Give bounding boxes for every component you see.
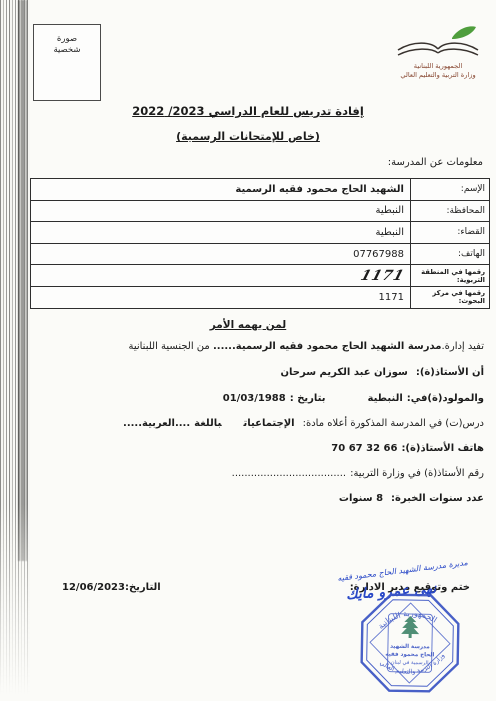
row-label: رقمها في المنطقة التربوية: [410,265,489,286]
date-label: التاريخ: [125,582,161,593]
row-value: الشهيد الحاج محمود فقيه الرسمية [31,184,410,195]
subject-name: الإجتماعيات [244,418,295,429]
table-row: المحافظة: النبطية [31,201,489,223]
nationality-text: من الجنسية اللبنانية [128,341,209,352]
handwritten-number: 1171 [359,268,407,284]
table-row: الإسم: الشهيد الحاج محمود فقيه الرسمية [31,179,489,201]
table-row: الهاتف: 07767988 [31,244,489,266]
photo-placeholder-box: صورةشخصية [33,24,101,101]
date-line: التاريخ:12/06/2023 [62,582,161,593]
stamp-inner-line1: مدرسة الشهيد [390,644,430,651]
row-value: 07767988 [31,249,410,260]
scanned-document-page: صورةشخصية الجمهورية اللبنانية وزارة التر… [0,0,496,701]
photo-box-label: صورةشخصية [34,25,100,56]
document-subtitle: (خاص للإمتحانات الرسمية) [0,130,496,143]
row-value: 1171 [31,292,410,303]
photo-box-label-line1: صورة [57,34,77,44]
stamp-inner-line3: الرسمية في لبنان [391,660,429,667]
body-line-certify: تفيد إدارة.مدرسة الشهيد الحاج محمود فقيه… [128,341,484,352]
school-info-heading: معلومات عن المدرسة: [388,157,483,168]
table-row: رقمها في المنطقة التربوية: 1171 [31,265,489,287]
date-label: بتاريخ : [290,393,326,404]
body-line-phone: هاتف الأستاذ(ة):66 32 67 70 [331,443,484,454]
certify-prefix: تفيد إدارة. [441,341,484,352]
dots: ...... [213,341,236,352]
school-name-text: مدرسة الشهيد الحاج محمود فقيه الرسمية [236,341,442,352]
row-value: 1171 [31,268,410,284]
stamp-inner-line2: الحاج محمود فقيه [385,652,434,659]
ministry-number-label: رقم الأستاذ(ة) في وزارة التربية: [350,468,484,479]
leaf-icon [452,26,476,39]
teacher-label: أن الأستاذ(ة): [416,367,484,378]
birth-date: 01/03/1988 [223,393,286,404]
row-label: القضاء: [410,222,489,243]
ministry-name-line1: الجمهورية اللبنانية [390,62,486,71]
to-whom-it-may-concern-heading: لمن يهمه الأمر [0,319,496,331]
cedar-icon [401,616,419,638]
open-book-leaf-icon [392,26,484,62]
ministry-logo: الجمهورية اللبنانية وزارة التربية والتعل… [390,26,486,79]
row-label: المحافظة: [410,201,489,222]
row-label: رقمها في مركز البحوث: [410,287,489,308]
body-line-birth: والمولود(ة)في:النبطيةبتاريخ :01/03/1988 [223,393,484,404]
table-row: القضاء: النبطية [31,222,489,244]
body-line-teacher: أن الأستاذ(ة):سوزان عبد الكريم سرحان [281,367,485,378]
taught-label: درس(ت) في المدرسة المذكورة أعلاه مادة: [303,418,484,429]
row-label: الهاتف: [410,244,489,265]
experience-label: عدد سنوات الخبرة: [391,493,484,504]
birth-place: النبطية [368,393,403,404]
row-value: النبطية [31,227,410,238]
teacher-phone-label: هاتف الأستاذ(ة): [401,443,484,454]
row-label: الإسم: [410,179,489,200]
teacher-phone-value: 66 32 67 70 [331,443,397,454]
body-line-subject: درس(ت) في المدرسة المذكورة أعلاه مادة:ال… [123,418,484,429]
table-row: رقمها في مركز البحوث: 1171 [31,287,489,308]
signature-note: مديرة مدرسة الشهيد الحاج محمود فقيه [337,558,468,583]
language-label: باللغة [194,418,221,429]
ministry-name-line2: وزارة التربية والتعليم العالي [390,71,486,80]
born-in-label: والمولود(ة)في: [407,393,484,404]
row-value: النبطية [31,205,410,216]
experience-value: 8 سنوات [339,493,383,504]
teacher-name: سوزان عبد الكريم سرحان [281,367,408,378]
photo-box-label-line2: شخصية [53,45,80,55]
official-octagon-stamp: الجمهورية اللبنانية وزارة التربية والتعل… [346,581,475,701]
date-value: 12/06/2023 [62,582,125,593]
school-info-table: الإسم: الشهيد الحاج محمود فقيه الرسمية ا… [30,178,490,309]
document-title: إفادة تدريس للعام الدراسي 2023/ 2022 [0,104,496,118]
dotted-blank: .................................... [232,468,346,479]
body-line-experience: عدد سنوات الخبرة:8 سنوات [339,493,484,504]
body-line-ministry-number: رقم الأستاذ(ة) في وزارة التربية:........… [232,468,484,479]
language-value: ....العربية..... [123,418,190,429]
